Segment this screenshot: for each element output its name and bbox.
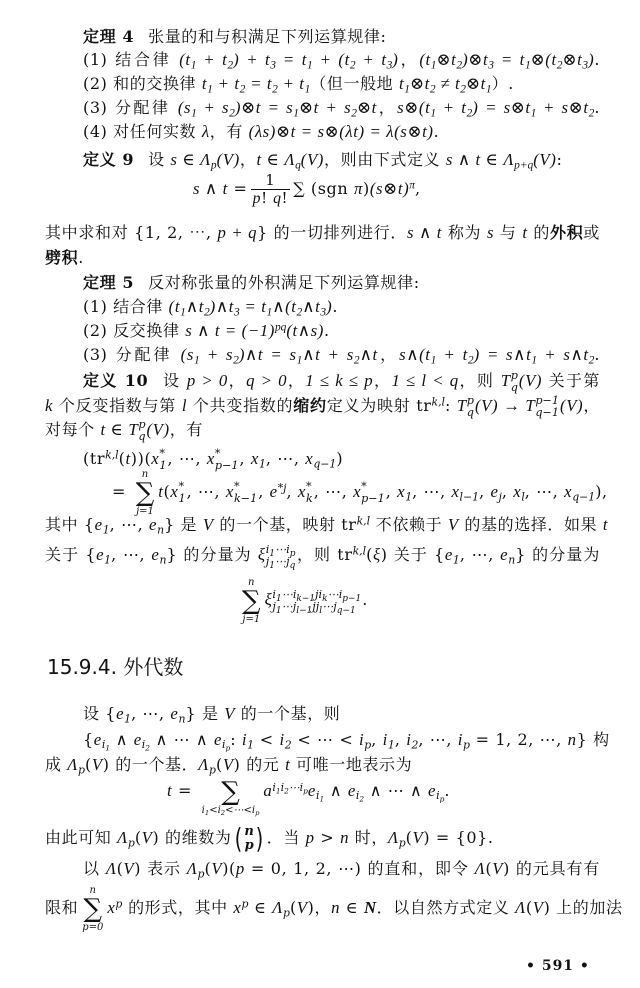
subscript: 1 — [430, 108, 436, 120]
math: p — [236, 859, 245, 878]
subscript: l — [521, 490, 524, 503]
section-heading: 15.9.4. 外代数 — [47, 655, 183, 679]
math: t — [158, 482, 163, 501]
binomial-stack: np — [244, 825, 253, 853]
theorem-5-item: (1) 结合律 (t1∧t2)∧t3 = t1∧(t2∧t3). — [83, 296, 338, 318]
lower-index: q — [511, 382, 518, 394]
formula-text: (trk,l(t))(x*1, ⋯, x*p−1, x1, ⋯, xq−1) — [83, 449, 343, 468]
index-stack: pq — [138, 419, 145, 443]
math: s ∧ t ∈ Λp+q(V) — [446, 150, 557, 169]
subscript: 2 — [411, 738, 418, 751]
subscript: n — [178, 712, 185, 725]
upper-index: p — [467, 395, 474, 407]
index-stack: p−1q−1 — [535, 395, 559, 419]
math: (t1∧t2)∧t3 = t1∧(t2∧t3) — [169, 297, 333, 316]
subscript: p — [198, 867, 205, 880]
formula-rhs: ∑ (sgn π)(s⊗t)π, — [293, 179, 421, 198]
theorem-label: 定理 4 — [83, 27, 134, 46]
item-number: (3) — [83, 345, 107, 364]
document-page: 定理 4张量的和与积满足下列运算规律: (1) 结合律 (t1 + t2) + … — [0, 0, 640, 988]
paragraph-line: {ei1 ∧ ei2 ∧ ⋯ ∧ eip: i1 < i2 < ⋯ < ip, … — [83, 729, 600, 751]
subscript: q — [295, 160, 301, 172]
theorem-4-item: (4) 对任何实数 λ，有 (λs)⊗t = s⊗(λt) = λ(s⊗t). — [83, 121, 439, 143]
theorem-title: 反对称张量的外积满足下列运算规律: — [148, 273, 420, 292]
index-stack: *k−1 — [234, 481, 257, 505]
subscript: 1 — [404, 84, 410, 96]
law-formula: (s1 + s2)⊗t = s1⊗t + s2⊗t，s⊗(t1 + t2) = … — [178, 98, 600, 117]
law-formula: λ，有 (λs)⊗t = s⊗(λt) = λ(s⊗t). — [202, 122, 439, 141]
math: e — [500, 545, 508, 564]
subscript: i2 — [356, 789, 364, 802]
superscript: k,l — [357, 515, 371, 528]
subscript: 2 — [227, 60, 233, 72]
math: ξ — [373, 545, 381, 564]
math: x — [251, 449, 259, 468]
superscript: p — [115, 898, 122, 911]
paragraph-text: 其中求和对 {1, 2, ⋯, p + q} 的一切排列进行．s ∧ t 称为 … — [45, 223, 600, 242]
math: x — [226, 482, 234, 501]
subscript: 1 — [247, 738, 254, 751]
subscript: p — [283, 906, 290, 919]
lower-index: q — [467, 407, 474, 419]
math: Λ — [272, 898, 283, 917]
definition-text: 设 p > 0，q > 0，1 ≤ k ≤ p，1 ≤ l < q，则 Tpq(… — [162, 371, 600, 390]
paragraph-text: ．当 p > n 时，Λp(V) = {0}. — [267, 828, 494, 847]
subscript: 2 — [467, 108, 473, 120]
subscript: 1 — [431, 60, 437, 72]
math: t1⊗t2 ≠ t2⊗t1 — [399, 74, 492, 93]
subscript: p — [78, 763, 85, 776]
subscript: 1 — [124, 712, 131, 725]
defined-term: 外积 — [550, 223, 583, 242]
subscript: 1 — [486, 84, 492, 96]
defined-term: N — [364, 898, 377, 917]
subscript: 1 — [431, 355, 437, 367]
upper-index: p−1 — [535, 395, 559, 407]
math: x — [151, 449, 159, 468]
paragraph-line: 设 {e1, ⋯, en} 是 V 的一个基，则 — [83, 703, 340, 725]
formula-lhs: t = — [167, 781, 192, 800]
left-paren: ( — [235, 824, 243, 854]
formula-term: t(x*1, ⋯, x*k−1, e*j, x*k, ⋯, x*p−1, x1,… — [158, 482, 607, 501]
law-name: 和的交换律 — [113, 74, 196, 93]
subscript: 2 — [456, 60, 462, 72]
subscript: 2 — [359, 795, 364, 804]
subscript: i2 — [142, 738, 150, 751]
subscript: 1 — [307, 60, 313, 72]
lower-index: q — [138, 431, 145, 443]
math: e — [348, 781, 356, 800]
math: t ∈ Λq(V) — [256, 150, 324, 169]
fraction-numerator: 1 — [263, 172, 277, 189]
math: λ — [202, 122, 210, 141]
subscript: 1 — [531, 108, 537, 120]
page-number: • 591 • — [526, 956, 590, 976]
lower-index: k−1 — [234, 493, 257, 505]
upper-index: * — [361, 481, 367, 493]
paragraph-text: 限和 — [45, 898, 78, 917]
math: t — [522, 223, 527, 242]
math: l — [182, 396, 187, 415]
theorem-4-item: (3) 分配律 (s1 + s2)⊗t = s1⊗t + s2⊗t，s⊗(t1 … — [83, 97, 600, 119]
math: V — [203, 515, 214, 534]
lower-index: p−1 — [361, 493, 385, 505]
math: (t1⊗t2)⊗t3 = t1⊗(t2⊗t3) — [419, 50, 594, 69]
law-formula: (t1∧t2)∧t3 = t1∧(t2∧t3). — [169, 297, 338, 316]
law-formula: t1 + t2 = t2 + t1（但一般地 t1⊗t2 ≠ t2⊗t1）. — [202, 74, 514, 93]
subscript: l — [319, 605, 322, 615]
math: V — [92, 755, 103, 774]
definition-label: 定义 10 — [83, 371, 148, 390]
subscript: 3 — [320, 307, 326, 319]
law-formula: (s1 + s2)∧t = s1∧t + s2∧t，s∧(t1 + t2) = … — [181, 345, 600, 364]
math: T — [501, 371, 511, 390]
subscript: 2 — [233, 355, 239, 367]
subscript: 2 — [240, 84, 246, 96]
subscript: 1 — [453, 553, 460, 566]
formula-term: ξi1⋯ik−1jik⋯ip−1j1⋯jl−1jjl⋯jq−1. — [265, 590, 368, 609]
math: p + q — [217, 223, 257, 242]
math: p — [253, 190, 261, 207]
subscript: 1 — [191, 60, 197, 72]
lower-index: q−1 — [535, 407, 559, 419]
math: (s1 + s2)∧t = s1∧t + s2∧t — [181, 345, 378, 364]
theorem-4-item: (2) 和的交换律 t1 + t2 = t2 + t1（但一般地 t1⊗t2 ≠… — [83, 73, 514, 95]
summation: ∑i1<i2<⋯<ip — [202, 768, 260, 816]
math: π — [354, 179, 363, 198]
upper-index: * — [234, 481, 240, 493]
math: (V) → T — [475, 396, 535, 415]
subscript: p — [255, 809, 259, 817]
subscript: q−1 — [572, 490, 595, 503]
theorem-5: 定理 5反对称张量的外积满足下列运算规律: — [83, 272, 420, 294]
subscript: p — [364, 738, 371, 751]
subscript: 1 — [531, 355, 537, 367]
subscript: ip — [436, 789, 444, 802]
math: (V) — [560, 396, 583, 415]
subscript: 3 — [234, 307, 240, 319]
superscript: *j — [278, 482, 287, 495]
subscript: 1 — [525, 60, 531, 72]
subscript: 1 — [105, 744, 110, 753]
index-stack: i1⋯ik−1jik⋯ip−1j1⋯jl−1jjl⋯jq−1 — [272, 589, 361, 613]
subscript: 2 — [557, 60, 563, 72]
item-number: (2) — [83, 321, 107, 340]
paragraph-text: xp 的形式，其中 xp ∈ Λp(V)，n ∈ N．以自然方式定义 Λ(V) … — [107, 898, 622, 917]
math: x — [170, 482, 178, 501]
definition-10: 定义 10设 p > 0，q > 0，1 ≤ k ≤ p，1 ≤ l < q，则… — [83, 370, 600, 392]
math: V — [533, 898, 544, 917]
math: Λ — [106, 859, 117, 878]
formula-term: ai1i2⋯ipei1 ∧ ei2 ∧ ⋯ ∧ eip. — [263, 781, 450, 800]
index-stack: *1 — [178, 481, 185, 505]
summation: n∑j=1 — [136, 469, 155, 517]
math: V — [142, 828, 153, 847]
math: t — [285, 755, 290, 774]
fraction: 1p! q! — [251, 172, 291, 208]
math: t — [126, 449, 131, 468]
math: V — [123, 859, 134, 878]
subscript: 1 — [205, 809, 209, 817]
upper-index: i1⋯ip — [266, 544, 296, 556]
subscript: j — [499, 490, 502, 503]
paragraph-text: 其中 {e1, ⋯, en} 是 V 的一个基，映射 trk,l 不依赖于 V … — [45, 515, 608, 534]
math: Λ — [475, 859, 486, 878]
paragraph-line: 以 Λ(V) 表示 Λp(V)(p = 0, 1, 2, ⋯) 的直和，即令 Λ… — [83, 858, 600, 880]
math: Λ — [117, 828, 128, 847]
math: s ∧ t — [193, 179, 228, 198]
sum-lower-limit: i1<i2<⋯<ip — [202, 805, 260, 816]
dimension-statement: 由此可知 Λp(V) 的维数为(np)．当 p > n 时，Λp(V) = {0… — [45, 827, 494, 849]
subscript: 2 — [297, 307, 303, 319]
right-paren: ) — [255, 824, 263, 854]
index-stack: pq — [511, 370, 518, 394]
subscript: 1 — [305, 84, 311, 96]
math: s ∧ t = (−1)pq(t∧s) — [185, 321, 324, 340]
definition-9: 定义 9设 s ∈ Λp(V)，t ∈ Λq(V)，则由下式定义 s ∧ t ∈… — [83, 149, 562, 171]
math: V — [211, 859, 222, 878]
subscript: q−1 — [313, 457, 336, 470]
superscript: i1i2⋯ip — [272, 781, 307, 794]
math: x — [353, 482, 361, 501]
theorem-label: 定理 5 — [83, 273, 134, 292]
fraction-denominator: p! q! — [251, 190, 291, 208]
subscript: 2 — [350, 60, 356, 72]
math: x — [564, 482, 572, 501]
math: 1 ≤ k ≤ p — [305, 371, 373, 390]
paragraph-line: 其中求和对 {1, 2, ⋯, p + q} 的一切排列进行．s ∧ t 称为 … — [45, 222, 600, 244]
paragraph-text: 关于 {e1, ⋯, en} 的分量为 ξi1⋯ipj1⋯jq，则 trk,l(… — [45, 545, 600, 564]
contracted-components-formula: n∑j=1ξi1⋯ik−1jik⋯ip−1j1⋯jl−1jjl⋯jq−1. — [238, 589, 368, 611]
math: t — [167, 781, 172, 800]
paragraph-line: 关于 {e1, ⋯, en} 的分量为 ξi1⋯ipj1⋯jq，则 trk,l(… — [45, 544, 600, 566]
lower-index: j1⋯jq — [266, 556, 296, 568]
subscript: 1 — [103, 523, 110, 536]
math: Λ — [67, 755, 78, 774]
math: V — [492, 859, 503, 878]
math: N — [364, 898, 377, 917]
math: x — [397, 482, 405, 501]
subscript: n — [157, 523, 164, 536]
subscript: 2 — [468, 355, 474, 367]
expansion-formula: t = ∑i1<i2<⋯<ipai1i2⋯ipei1 ∧ ei2 ∧ ⋯ ∧ e… — [167, 780, 450, 802]
subscript: q−1 — [337, 605, 356, 615]
subscript: 1 — [388, 738, 395, 751]
math: Λ — [515, 898, 526, 917]
math: x — [451, 482, 459, 501]
math: n — [340, 828, 349, 847]
math: e — [149, 515, 157, 534]
subscript: 2 — [351, 108, 357, 120]
item-number: (4) — [83, 122, 107, 141]
subscript: l−1 — [460, 490, 480, 503]
subscript: 1 — [180, 307, 186, 319]
upper-index: * — [215, 448, 221, 460]
equals-sign: = — [112, 482, 126, 501]
law-name: 对任何实数 — [113, 122, 196, 141]
sigma-icon: ∑ — [221, 779, 240, 805]
math: (s⊗t)π — [370, 179, 415, 198]
defined-term: 劈积 — [45, 248, 78, 267]
math: q — [273, 190, 281, 207]
sigma-icon: ∑ — [242, 588, 261, 614]
sum-lower-limit: p=0 — [82, 922, 103, 933]
math: n — [331, 898, 340, 917]
law-name: 分配律 — [116, 345, 173, 364]
subscript: 2 — [285, 738, 292, 751]
subscript: p — [463, 738, 470, 751]
subscript: 3 — [488, 60, 494, 72]
subscript: 1 — [207, 84, 213, 96]
item-number: (1) — [83, 297, 107, 316]
theorem-4-item: (1) 结合律 (t1 + t2) + t3 = t1 + (t2 + t3)，… — [83, 49, 600, 71]
index-stack: *p−1 — [215, 448, 239, 472]
paragraph-line: 限和n∑p=0xp 的形式，其中 xp ∈ Λp(V)，n ∈ N．以自然方式定… — [45, 897, 600, 919]
math: n — [568, 730, 577, 749]
math: (λs)⊗t = s⊗(λt) = λ(s⊗t) — [249, 122, 434, 141]
math: V — [413, 828, 424, 847]
law-name: 结合律 — [113, 297, 163, 316]
math: T — [457, 396, 467, 415]
lower-index: j1⋯jl−1jjl⋯jq−1 — [272, 601, 355, 613]
subscript: 2 — [589, 108, 595, 120]
math: s — [487, 223, 494, 242]
subscript: 2 — [589, 355, 595, 367]
subscript: 2 — [460, 84, 466, 96]
math: 1 ≤ l < q — [391, 371, 458, 390]
sigma-icon: ∑ — [136, 480, 155, 506]
superscript: k,l — [105, 449, 119, 462]
subscript: 1 — [276, 786, 281, 795]
math: t ∈ T — [101, 420, 139, 439]
math: ξ — [258, 545, 266, 564]
upper-index: * — [306, 481, 312, 493]
superscript: k,l — [432, 396, 446, 409]
upper-index: * — [159, 448, 165, 460]
math: e — [95, 515, 103, 534]
math: q > 0 — [246, 371, 287, 390]
subscript: 2 — [430, 84, 436, 96]
theorem-5-item: (3) 分配律 (s1 + s2)∧t = s1∧t + s2∧t，s∧(t1 … — [83, 344, 600, 366]
wedge-product-formula: s ∧ t =1p! q!∑ (sgn π)(s⊗t)π, — [193, 178, 421, 200]
subscript: 2 — [221, 809, 225, 817]
theorem-4: 定理 4张量的和与积满足下列运算规律: — [83, 26, 387, 48]
subscript: 1 — [319, 795, 324, 804]
math: s⊗(t1 + t2) = s⊗t1 + s⊗t2 — [397, 98, 594, 117]
subscript: ip — [222, 738, 230, 751]
subscript: 1 — [191, 108, 197, 120]
contraction-formula-lhs: (trk,l(t))(x*1, ⋯, x*p−1, x1, ⋯, xq−1) — [83, 448, 343, 470]
basis-set: {ei1 ∧ ei2 ∧ ⋯ ∧ eip: i1 < i2 < ⋯ < ip, … — [83, 730, 610, 749]
formula-lhs: s ∧ t = — [193, 179, 248, 198]
subscript: 1 — [276, 605, 282, 615]
math: e — [270, 482, 278, 501]
math: t1 + t2 = t2 + t1 — [202, 74, 310, 93]
binomial-top: n — [244, 825, 253, 839]
index-stack: *p−1 — [361, 481, 385, 505]
subscript: p — [128, 836, 135, 849]
summation: n∑p=0 — [82, 885, 103, 933]
paragraph-line: 劈积. — [45, 247, 84, 269]
math: s∧(t1 + t2) = s∧t1 + s∧t2 — [399, 345, 594, 364]
math: x — [207, 449, 215, 468]
math: e — [134, 730, 142, 749]
item-number: (3) — [83, 98, 107, 117]
law-name: 结合律 — [115, 50, 171, 69]
upper-index: * — [178, 481, 184, 493]
paragraph-text: 设 {e1, ⋯, en} 是 V 的一个基，则 — [83, 704, 340, 723]
subscript: p — [440, 795, 445, 804]
math: e — [116, 704, 124, 723]
subscript: 1 — [405, 490, 412, 503]
summation: n∑j=1 — [242, 577, 261, 625]
math: V — [224, 704, 235, 723]
law-name: 分配律 — [115, 98, 170, 117]
subscript: 1 — [297, 355, 303, 367]
math: e — [428, 781, 436, 800]
upper-index: i1⋯ik−1jik⋯ip−1 — [272, 589, 361, 601]
superscript: π — [409, 179, 415, 191]
math: s ∈ Λp(V) — [170, 150, 239, 169]
definition-text: 设 s ∈ Λp(V)，t ∈ Λq(V)，则由下式定义 s ∧ t ∈ Λp+… — [148, 150, 562, 169]
subscript: p+q — [514, 160, 533, 172]
defined-term: 缩约 — [293, 396, 326, 415]
math: Λ — [187, 859, 198, 878]
math: (V) — [146, 420, 169, 439]
definition-label: 定义 9 — [83, 150, 134, 169]
subscript: p — [225, 744, 230, 753]
index-stack: pq — [467, 395, 474, 419]
theorem-5-item: (2) 反交换律 s ∧ t = (−1)pq(t∧s). — [83, 320, 330, 342]
lower-index: p−1 — [215, 460, 239, 472]
law-formula: (t1 + t2) + t3 = t1 + (t2 + t3)，(t1⊗t2)⊗… — [179, 50, 600, 69]
subscript: 2 — [284, 786, 289, 795]
math: Λ — [388, 828, 399, 847]
math: V — [297, 898, 308, 917]
math: V — [448, 515, 459, 534]
definition-text: k 个反变指数与第 l 个共变指数的缩约定义为映射 trk,l: Tpq(V) … — [45, 396, 600, 415]
theorem-title: 张量的和与积满足下列运算规律: — [148, 27, 386, 46]
paragraph-line: 对每个 t ∈ Tpq(V)，有 — [45, 419, 203, 441]
subscript: 3 — [582, 60, 588, 72]
subscript: 1 — [269, 560, 275, 570]
subscript: 1 — [267, 307, 273, 319]
upper-index: p — [511, 370, 518, 382]
subscript: 1 — [259, 457, 266, 470]
subscript: n — [508, 553, 515, 566]
math: (t1 + t2) + t3 = t1 + (t2 + t3) — [179, 50, 398, 69]
paragraph-text: 劈积. — [45, 248, 84, 267]
lower-index: 1 — [159, 460, 166, 472]
math: s ∧ t — [407, 223, 442, 242]
contraction-formula-rhs: = n∑j=1t(x*1, ⋯, x*k−1, e*j, x*k, ⋯, x*p… — [112, 481, 600, 503]
subscript: 3 — [270, 60, 276, 72]
law-formula: s ∧ t = (−1)pq(t∧s). — [185, 321, 329, 340]
item-number: (1) — [83, 50, 107, 69]
index-stack: i1⋯ipj1⋯jq — [266, 544, 296, 568]
math: e — [96, 545, 104, 564]
math: e — [308, 781, 316, 800]
lower-index: 1 — [178, 493, 185, 505]
subscript: 2 — [229, 108, 235, 120]
binomial-coefficient: (np) — [233, 824, 264, 854]
binomial-bottom: p — [245, 839, 254, 853]
math: e — [94, 730, 102, 749]
subscript: p — [211, 160, 217, 172]
sum-lower-limit: j=1 — [242, 614, 260, 625]
subscript: i1 — [316, 789, 324, 802]
math: e — [214, 730, 222, 749]
